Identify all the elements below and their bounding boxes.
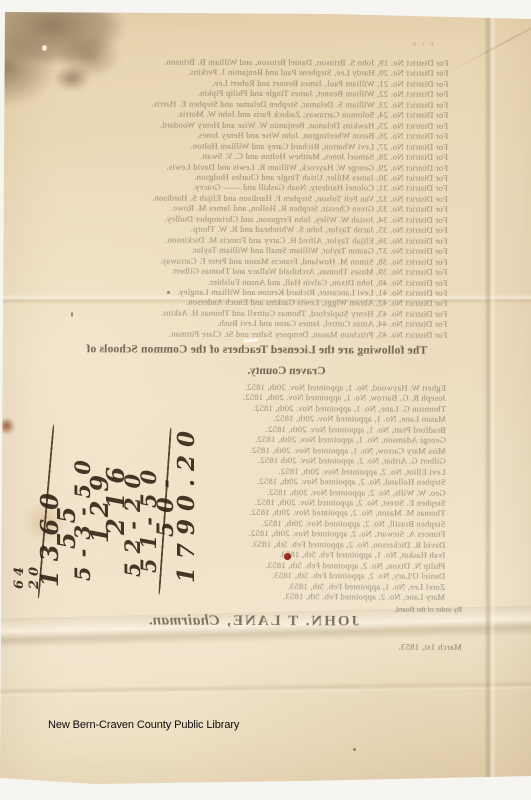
chairman-signature: JOHN. T LANE, Chairman. xyxy=(148,613,359,631)
ink-speck xyxy=(353,748,356,751)
paper-sheet: P. t. n. For District No. 19, John S. Br… xyxy=(0,0,531,800)
district-line: For District No. 20, Hardy Lee, Stephens… xyxy=(151,67,448,79)
teacher-line: Daniel O'Lary, No. 2, appointed Feb. 5th… xyxy=(242,570,445,581)
district-line: For District No. 27, Levi Wharton, Richa… xyxy=(151,140,448,152)
teacher-line: Mary Lane, No. 2, appointed Feb. 5th, 18… xyxy=(242,591,445,602)
ink-speck xyxy=(71,312,73,317)
district-line: For District No. 37, Gaston Taylor, Will… xyxy=(151,245,448,257)
handwritten-fraction-top: 64 xyxy=(12,325,27,589)
teacher-line: George Adamson, No. 1, appointed Nov. 20… xyxy=(243,434,446,445)
teacher-line: Gilbert G. Arthar, No. 2, appointed Nov.… xyxy=(242,455,445,466)
handwritten-total: 1790.20 xyxy=(178,325,196,583)
teacher-line: Mason Lane, No. 1, appointed Nov. 20th, … xyxy=(243,413,446,424)
library-caption: New Bern-Craven County Public Library xyxy=(48,719,239,731)
teacher-line: David R. Dickerson, No. 2, appointed Feb… xyxy=(242,539,445,550)
licensed-teachers-list: Egbert W. Haywood, No. 1, appointed Nov.… xyxy=(242,382,446,602)
district-committee-list: For District No. 19, John S. Brinson, Da… xyxy=(150,57,448,341)
teacher-line: Thomas M. Mason, No. 2, appointed Nov. 2… xyxy=(242,507,445,518)
district-line: For District No. 39, Moses Thomas, Archi… xyxy=(150,266,447,278)
document-photo: P. t. n. For District No. 19, John S. Br… xyxy=(0,0,531,800)
signature-title: Chairman. xyxy=(148,613,220,629)
ink-speck xyxy=(167,291,170,294)
by-order-line: By order of the Board, xyxy=(394,605,462,614)
teacher-line: Stephen Holland, No. 2, appointed Nov. 2… xyxy=(242,476,445,487)
handwritten-column: 1360555-3-5012921652-2051-5050- xyxy=(42,325,174,595)
teacher-line: Joseph R. G. Barrow, No. 1, appointed No… xyxy=(243,392,446,403)
district-line: For District No. 26, Baron Wheelington, … xyxy=(151,130,448,142)
red-wax-dot xyxy=(284,553,291,560)
signature-name: JOHN. T LANE, xyxy=(225,613,359,630)
teacher-line: Frances A. Stewart, No. 2, appointed Nov… xyxy=(242,528,445,539)
faint-docket-mark: P. t. n. xyxy=(409,41,433,48)
dateline: March 1st, 1853. xyxy=(398,642,462,652)
handwritten-arithmetic: 64 20 1360555-3-5012921652-2051-5050- 17… xyxy=(12,325,190,595)
district-line: For District No. 43, Henry Stapleford, T… xyxy=(150,307,447,319)
